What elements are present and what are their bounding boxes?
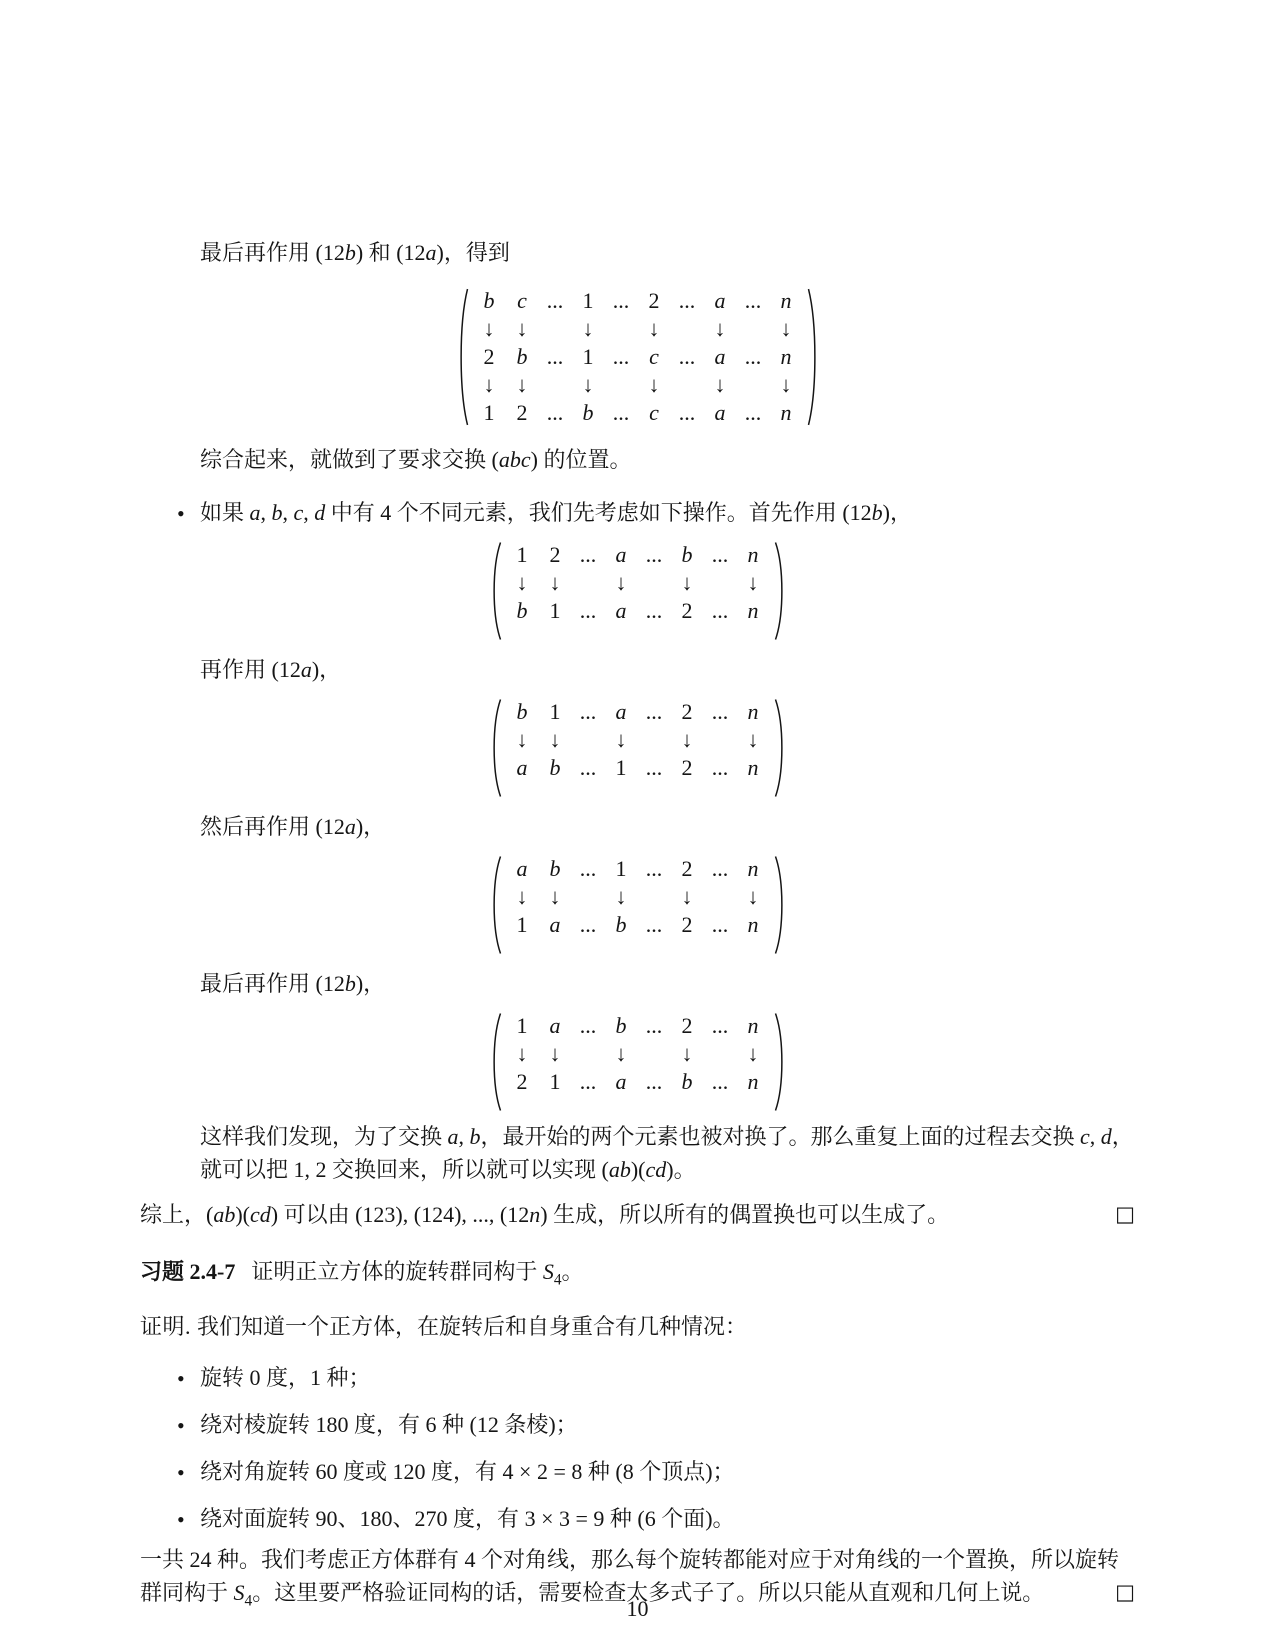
text-segment: (12b) [316,971,364,996]
text-segment: 这样我们发现，为了交换 [200,1124,448,1149]
matrix-cell: 2 [671,698,704,726]
matrix-cell [671,315,704,343]
matrix-cell: 2 [506,399,539,427]
text-segment: 个顶点)； [634,1459,735,1484]
text-segment: 度或 [338,1459,393,1484]
matrix-cell: ... [638,541,671,569]
matrix-cell: ... [737,399,770,427]
text-segment: 种 ( [437,1412,477,1437]
matrix-cell: a [704,287,737,315]
matrix-cell: ... [572,855,605,883]
matrix-cell: n [737,855,770,883]
matrix-cell: n [770,399,803,427]
text-segment: 6 [645,1506,656,1531]
paren-right-icon [774,541,787,641]
matrix-cell: ... [638,597,671,625]
matrix-cell [572,1040,605,1068]
permutation-matrix-3: b1...a...2...n↓↓↓↓↓ab...1...2...n [489,698,787,798]
document-page: 最后再作用 (12b) 和 (12a)，得到 bc...1...2...a...… [0,0,1275,1650]
matrix-cell: ... [704,855,737,883]
matrix-cell: ... [605,287,638,315]
text-segment: 我们知道一个正方体，在旋转后和自身重合有几种情况： [197,1314,747,1339]
para-rotation-identity: 旋转 0 度，1 种； [200,1361,1135,1394]
text-segment: 。 [562,1259,584,1284]
text-segment: 4 [465,1547,476,1572]
matrix-cell: ... [572,1012,605,1040]
text-segment: (12b) [842,500,890,525]
text-segment: 8 [623,1459,634,1484]
text-segment: ， [363,814,385,839]
matrix-cell: 2 [671,754,704,782]
matrix-row: ↓↓↓↓↓↓ [473,371,803,399]
matrix-cell [638,569,671,597]
text-segment: (12a) [272,657,320,682]
matrix-cell: ... [638,754,671,782]
matrix-row: ↓↓↓↓↓ [506,726,770,754]
text-segment: 4 [554,1271,562,1288]
text-segment: 6 [426,1412,437,1437]
text-segment: 度，有 [349,1412,426,1437]
matrix-cell: 2 [671,1012,704,1040]
matrix-cell [572,569,605,597]
text-segment: ， [363,971,385,996]
text-segment: 24 [190,1547,212,1572]
matrix-cell: ... [671,343,704,371]
matrix-cell: 1 [605,855,638,883]
matrix-cell [572,883,605,911]
down-arrow-icon: ↓ [605,1040,638,1068]
matrix-body: b1...a...2...n↓↓↓↓↓ab...1...2...n [502,698,774,798]
matrix-cell: c [638,399,671,427]
down-arrow-icon: ↓ [539,569,572,597]
matrix-cell: a [539,1012,572,1040]
matrix-cell: ... [704,597,737,625]
matrix-cell: c [638,343,671,371]
paren-right-icon [774,698,787,798]
text-segment: 最后再作用 [200,971,316,996]
down-arrow-icon: ↓ [737,883,770,911]
down-arrow-icon: ↓ [704,371,737,399]
matrix-cell: 2 [671,911,704,939]
matrix-cell: ... [704,1068,737,1096]
matrix-cell: ... [704,541,737,569]
matrix-cell: 2 [671,597,704,625]
paren-left-icon [489,1012,502,1112]
para-then-12a: 再作用 (12a)， [200,653,1135,686]
matrix-row: ab...1...2...n [506,855,770,883]
matrix-row: b1...a...2...n [506,698,770,726]
down-arrow-icon: ↓ [605,569,638,597]
matrix-cell [605,315,638,343]
matrix-cell: c [506,287,539,315]
matrix-cell: n [737,1068,770,1096]
matrix-cell: 1 [506,541,539,569]
text-segment: ， [319,657,341,682]
text-segment: 4 × 2 = 8 [503,1459,583,1484]
matrix-row: 1a...b...2...n [506,911,770,939]
matrix-cell: 1 [506,911,539,939]
text-segment: 0 [250,1365,261,1390]
matrix-body: 12...a...b...n↓↓↓↓↓b1...a...2...n [502,541,774,641]
text-segment: 条棱)； [499,1412,578,1437]
paren-right-icon [807,287,820,427]
text-segment: 种； [321,1365,371,1390]
paren-right-icon [774,855,787,955]
matrix-cell: 1 [506,1012,539,1040]
text-segment: 270 [415,1506,448,1531]
text-segment: 交换回来，所以就可以实现 [327,1157,602,1182]
matrix-cell [704,883,737,911]
down-arrow-icon: ↓ [506,569,539,597]
paren-right-icon [774,1012,787,1112]
matrix-cell [671,371,704,399]
matrix-row: 12...a...b...n [506,541,770,569]
down-arrow-icon: ↓ [506,726,539,754]
matrix-cell: ... [572,698,605,726]
matrix-cell [605,371,638,399]
matrix-cell: ... [737,287,770,315]
matrix-row: ab...1...2...n [506,754,770,782]
down-arrow-icon: ↓ [770,371,803,399]
continued-list-block: 最后再作用 (12b) 和 (12a)，得到 bc...1...2...a...… [140,236,1135,476]
down-arrow-icon: ↓ [539,726,572,754]
matrix-cell: 2 [539,541,572,569]
matrix-cell: 1 [539,1068,572,1096]
text-segment: 绕对棱旋转 [200,1412,316,1437]
down-arrow-icon: ↓ [737,1040,770,1068]
matrix-cell: 1 [473,399,506,427]
matrix-cell: ... [638,855,671,883]
matrix-cell: ... [539,399,572,427]
qed-box: □ [1115,1198,1135,1231]
matrix-cell [704,569,737,597]
matrix-cell: n [770,343,803,371]
matrix-cell [704,1040,737,1068]
text-segment: 个面)。 [656,1506,735,1531]
para-rotation-diagonal: 绕对角旋转 60 度或 120 度，有 4 × 2 = 8 种 (8 个顶点)； [200,1455,1135,1488]
matrix-cell: b [506,343,539,371]
down-arrow-icon: ↓ [572,371,605,399]
text-segment: 、 [393,1506,415,1531]
permutation-matrix-4: ab...1...2...n↓↓↓↓↓1a...b...2...n [489,855,787,955]
matrix-cell [638,1040,671,1068]
text-segment: 、 [338,1506,360,1531]
text-segment: 和 [363,240,396,265]
matrix-cell: ... [638,911,671,939]
matrix-cell: 1 [572,343,605,371]
para-rotation-face: 绕对面旋转 90、180、270 度，有 3 × 3 = 9 种 (6 个面)。 [200,1502,1135,1535]
matrix-row: 21...a...b...n [506,1068,770,1096]
matrix-row: ↓↓↓↓↓ [506,883,770,911]
down-arrow-icon: ↓ [638,371,671,399]
para-apply-12b-12a: 最后再作用 (12b) 和 (12a)，得到 [200,236,1135,269]
text-segment: ，得到 [444,240,510,265]
matrix-cell: n [737,698,770,726]
text-segment: (abc) [492,447,538,472]
down-arrow-icon: ↓ [605,726,638,754]
matrix-cell: ... [638,698,671,726]
matrix-cell: ... [572,911,605,939]
matrix-cell: ... [704,754,737,782]
para-combine-result: 综合起来，就做到了要求交换 (abc) 的位置。 [200,443,1135,476]
matrix-cell: 1 [539,597,572,625]
bullet-item-rotation-identity: 旋转 0 度，1 种； [140,1361,1135,1394]
matrix-cell [572,726,605,754]
matrix-cell: a [605,597,638,625]
text-segment: 度，有 [426,1459,503,1484]
text-segment: (ab)(cd) [206,1202,278,1227]
text-segment: 180 [360,1506,393,1531]
matrix-cell: 2 [473,343,506,371]
matrix-cell [737,315,770,343]
permutation-matrix-1: bc...1...2...a...n↓↓↓↓↓↓2b...1...c...a..… [456,287,820,427]
matrix-cell: n [737,911,770,939]
text-segment: (12a) [316,814,364,839]
matrix-cell: ... [572,754,605,782]
bullet-item-four-distinct: 如果 a, b, c, d 中有 4 个不同元素，我们先考虑如下操作。首先作用 … [140,496,1135,1186]
permutation-matrix-2: 12...a...b...n↓↓↓↓↓b1...a...2...n [489,541,787,641]
matrix-cell: n [737,1012,770,1040]
matrix-cell: b [539,855,572,883]
matrix-cell: 1 [572,287,605,315]
matrix-cell: ... [671,287,704,315]
down-arrow-icon: ↓ [539,883,572,911]
text-segment: (12b) [316,240,364,265]
matrix-cell: b [506,597,539,625]
text-segment: 的位置。 [538,447,632,472]
bullet-item-rotation-diagonal: 绕对角旋转 60 度或 120 度，有 4 × 2 = 8 种 (8 个顶点)； [140,1455,1135,1488]
text-segment: 120 [393,1459,426,1484]
exercise-heading: 习题 2.4-7证明正立方体的旋转群同构于 S4。 [140,1255,1135,1288]
down-arrow-icon: ↓ [770,315,803,343]
paren-left-icon [456,287,469,427]
down-arrow-icon: ↓ [473,371,506,399]
text-segment: 90 [316,1506,338,1531]
matrix-cell: a [605,698,638,726]
matrix-cell: ... [704,1012,737,1040]
text-segment: 绕对面旋转 [200,1506,316,1531]
paren-left-icon [489,698,502,798]
matrix-row: ↓↓↓↓↓ [506,569,770,597]
down-arrow-icon: ↓ [572,315,605,343]
matrix-body: bc...1...2...a...n↓↓↓↓↓↓2b...1...c...a..… [469,287,807,427]
text-segment: 种 ( [604,1506,644,1531]
text-segment: 180 [316,1412,349,1437]
matrix-cell: ... [539,343,572,371]
para-then-again-12a: 然后再作用 (12a)， [200,810,1135,843]
matrix-cell: b [572,399,605,427]
para-finally-12b: 最后再作用 (12b)， [200,967,1135,1000]
text-segment: 中有 [325,500,380,525]
matrix-cell: n [737,597,770,625]
matrix-cell [539,371,572,399]
bullet-item-rotation-face: 绕对面旋转 90、180、270 度，有 3 × 3 = 9 种 (6 个面)。 [140,1502,1135,1535]
text-segment: 证明正立方体的旋转群同构于 [251,1259,543,1284]
down-arrow-icon: ↓ [506,371,539,399]
matrix-cell: a [539,911,572,939]
text-segment: c, d [1080,1124,1112,1149]
permutation-matrix-5: 1a...b...2...n↓↓↓↓↓21...a...b...n [489,1012,787,1112]
para-four-distinct: 如果 a, b, c, d 中有 4 个不同元素，我们先考虑如下操作。首先作用 … [200,496,1135,529]
matrix-row: ↓↓↓↓↓ [506,1040,770,1068]
text-segment: 绕对角旋转 [200,1459,316,1484]
matrix-cell: b [473,287,506,315]
down-arrow-icon: ↓ [671,569,704,597]
matrix-row: 12...b...c...a...n [473,399,803,427]
text-segment: 习题 2.4-7 [140,1259,235,1284]
text-segment: 综合起来，就做到了要求交换 [200,447,492,472]
matrix-cell: b [605,1012,638,1040]
text-segment: 再作用 [200,657,272,682]
matrix-row: 2b...1...c...a...n [473,343,803,371]
text-segment: 个不同元素，我们先考虑如下操作。首先作用 [391,500,842,525]
text-segment: 综上， [140,1202,206,1227]
down-arrow-icon: ↓ [506,883,539,911]
text-segment: 。 [674,1157,696,1182]
down-arrow-icon: ↓ [506,315,539,343]
matrix-body: ab...1...2...n↓↓↓↓↓1a...b...2...n [502,855,774,955]
text-segment: 可以由 [278,1202,355,1227]
down-arrow-icon: ↓ [506,1040,539,1068]
text-segment: (12a) [396,240,444,265]
matrix-cell: b [605,911,638,939]
down-arrow-icon: ↓ [473,315,506,343]
matrix-cell: ... [605,343,638,371]
text-segment: 12 [477,1412,499,1437]
matrix-cell: a [605,1068,638,1096]
matrix-cell: 1 [539,698,572,726]
matrix-row: 1a...b...2...n [506,1012,770,1040]
down-arrow-icon: ↓ [671,1040,704,1068]
matrix-cell: ... [638,1012,671,1040]
down-arrow-icon: ↓ [671,726,704,754]
matrix-cell: b [671,1068,704,1096]
matrix-cell: a [704,343,737,371]
para-rotation-edge: 绕对棱旋转 180 度，有 6 种 (12 条棱)； [200,1408,1135,1441]
text-segment: 4 [380,500,391,525]
matrix-cell: n [737,754,770,782]
matrix-row: ↓↓↓↓↓↓ [473,315,803,343]
page-number: 10 [0,1592,1275,1625]
matrix-row: b1...a...2...n [506,597,770,625]
matrix-cell: a [704,399,737,427]
matrix-cell: ... [539,287,572,315]
text-segment: 一共 [140,1547,190,1572]
matrix-cell: 2 [638,287,671,315]
matrix-cell: 1 [605,754,638,782]
matrix-cell: a [605,541,638,569]
down-arrow-icon: ↓ [539,1040,572,1068]
matrix-cell: ... [737,343,770,371]
matrix-cell [638,883,671,911]
matrix-cell: b [539,754,572,782]
matrix-cell: ... [671,399,704,427]
text-segment: 生成，所以所有的偶置换也可以生成了。 [548,1202,950,1227]
text-segment: (ab)(cd) [602,1157,674,1182]
matrix-cell: ... [704,911,737,939]
matrix-cell: a [506,855,539,883]
matrix-cell: n [737,541,770,569]
text-segment: 1 [310,1365,321,1390]
matrix-row: bc...1...2...a...n [473,287,803,315]
matrix-cell: ... [704,698,737,726]
matrix-cell [539,315,572,343]
down-arrow-icon: ↓ [638,315,671,343]
down-arrow-icon: ↓ [737,726,770,754]
paren-left-icon [489,855,502,955]
matrix-cell: 2 [671,855,704,883]
text-segment: a, b, c, d [250,500,326,525]
text-segment: 1, 2 [294,1157,327,1182]
para-proof-intro: 证明. 我们知道一个正方体，在旋转后和自身重合有几种情况： [140,1310,1135,1343]
matrix-cell: 2 [506,1068,539,1096]
matrix-cell: a [506,754,539,782]
paren-left-icon [489,541,502,641]
text-segment: 3 × 3 = 9 [525,1506,605,1531]
text-segment: 种。我们考虑正方体群有 [212,1547,465,1572]
text-segment: 度，有 [448,1506,525,1531]
matrix-cell [638,726,671,754]
down-arrow-icon: ↓ [704,315,737,343]
text-segment: ， [890,500,912,525]
bullet-item-rotation-edge: 绕对棱旋转 180 度，有 6 种 (12 条棱)； [140,1408,1135,1441]
text-segment: 度， [261,1365,311,1390]
para-discover-swap: 这样我们发现，为了交换 a, b，最开始的两个元素也被对换了。那么重复上面的过程… [200,1120,1135,1186]
down-arrow-icon: ↓ [671,883,704,911]
matrix-cell [704,726,737,754]
text-segment: 旋转 [200,1365,250,1390]
text-segment: 然后再作用 [200,814,316,839]
matrix-cell [737,371,770,399]
matrix-cell: n [770,287,803,315]
text-segment: ，最开始的两个元素也被对换了。那么重复上面的过程去交换 [481,1124,1081,1149]
down-arrow-icon: ↓ [605,883,638,911]
text-segment: 证明. [140,1314,197,1339]
text-segment: 60 [316,1459,338,1484]
text-segment: S [543,1259,554,1284]
matrix-cell: ... [572,541,605,569]
matrix-cell: b [671,541,704,569]
matrix-cell: ... [605,399,638,427]
text-segment: 最后再作用 [200,240,316,265]
matrix-body: 1a...b...2...n↓↓↓↓↓21...a...b...n [502,1012,774,1112]
matrix-cell: b [506,698,539,726]
matrix-cell: ... [572,597,605,625]
down-arrow-icon: ↓ [737,569,770,597]
text-segment: (123), (124), ..., (12n) [355,1202,547,1227]
text-segment: 种 ( [582,1459,622,1484]
para-summary-generators: 综上，(ab)(cd) 可以由 (123), (124), ..., (12n)… [140,1198,1135,1231]
matrix-cell: ... [572,1068,605,1096]
matrix-cell: ... [638,1068,671,1096]
text-segment: 如果 [200,500,250,525]
text-segment: a, b [448,1124,481,1149]
